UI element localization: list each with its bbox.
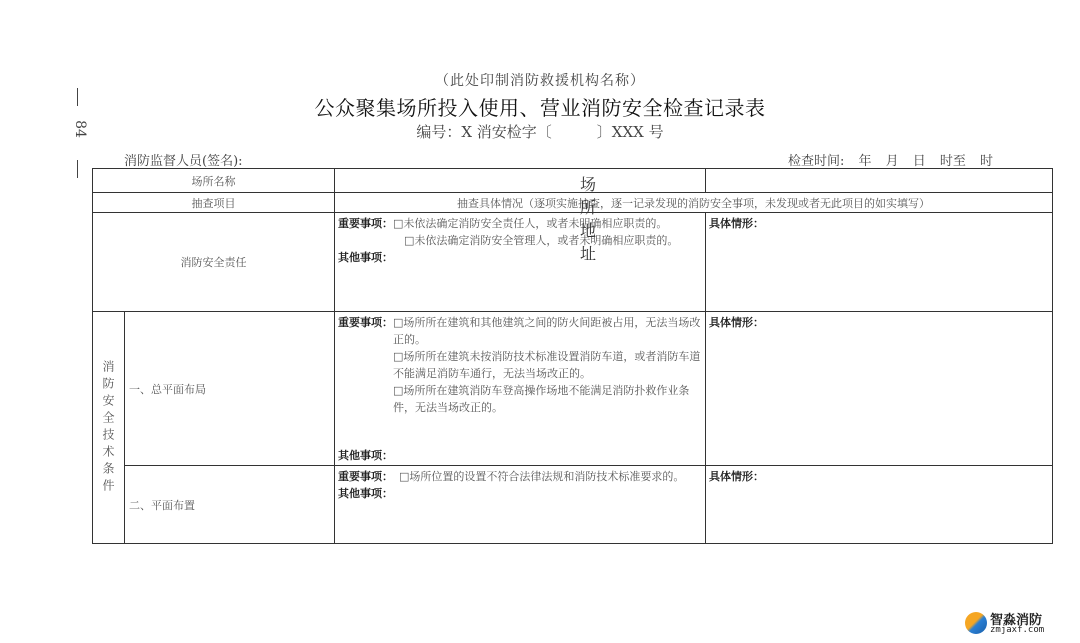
inspection-record-table: 场所名称 抽查项目 抽查具体情况（逐项实施抽查，逐一记录发现的消防安全事项，未发… [92,168,1053,544]
header-row: 抽查项目 抽查具体情况（逐项实施抽查，逐一记录发现的消防安全事项，未发现或者无此… [93,193,1053,213]
inspection-time-label: 检查时间: 年 月 日 时至 时 [788,150,993,169]
important-item[interactable]: □场所所在建筑消防车登高操作场地不能满足消防扑救作业条件，无法当场改正的。 [393,382,702,416]
section-label: 消防安全责任 [93,213,335,312]
findings-cell[interactable]: 重要事项： □场所所在建筑和其他建筑之间的防火间距被占用，无法当场改正的。 □场… [335,312,706,466]
other-label: 其他事项： [338,447,393,464]
other-label: 其他事项： [338,485,702,502]
important-item[interactable]: □未依法确定消防安全管理人，或者未明确相应职责的。 [338,232,702,249]
venue-name-field[interactable] [335,169,706,193]
inspector-signature-label: 消防监督人员(签名): [124,150,243,169]
important-item[interactable]: □场所所在建筑未按消防技术标准设置消防车道，或者消防车道不能满足消防车通行，无法… [393,348,702,382]
subsection-floor-plan: 二、平面布置 重要事项： □场所位置的设置不符合法律法规和消防技术标准要求的。 … [93,466,1053,544]
subsection-label: 一、总平面布局 [125,312,335,466]
document-title: 公众聚集场所投入使用、营业消防安全检查记录表 [0,92,1080,121]
section-responsibility: 消防安全责任 重要事项：□未依法确定消防安全责任人，或者未明确相应职责的。 □未… [93,213,1053,312]
specific-situation-cell[interactable]: 具体情形： [706,466,1053,544]
important-item[interactable]: □场所所在建筑和其他建筑之间的防火间距被占用，无法当场改正的。 [393,314,702,348]
watermark-logo: 智淼消防 zmjaxf.com [965,609,1075,639]
venue-name-label: 场所名称 [93,169,335,193]
inspection-item-header: 抽查项目 [93,193,335,213]
margin-rule-bottom [77,160,78,178]
specific-label: 具体情形： [709,316,764,329]
venue-address-cell [706,169,1053,193]
subsection-general-layout: 消防安全技术条件 一、总平面布局 重要事项： □场所所在建筑和其他建筑之间的防火… [93,312,1053,466]
important-label: 重要事项： [338,217,393,230]
important-item[interactable]: □场所位置的设置不符合法律法规和消防技术标准要求的。 [399,468,684,485]
specific-situation-cell[interactable]: 具体情形： [706,213,1053,312]
specific-label: 具体情形： [709,217,764,230]
group-label: 消防安全技术条件 [100,360,117,496]
important-label: 重要事项： [338,314,393,416]
group-label-cell: 消防安全技术条件 [93,312,125,544]
subsection-label: 二、平面布置 [125,466,335,544]
important-label: 重要事项： [338,468,399,485]
serial-number: 编号：X 消安检字〔 〕XXX 号 [0,121,1080,142]
findings-cell[interactable]: 重要事项： □场所位置的设置不符合法律法规和消防技术标准要求的。 其他事项： [335,466,706,544]
findings-cell[interactable]: 重要事项：□未依法确定消防安全责任人，或者未明确相应职责的。 □未依法确定消防安… [335,213,706,312]
brand-logo-icon [965,612,987,634]
important-item[interactable]: □未依法确定消防安全责任人，或者未明确相应职责的。 [393,217,667,230]
other-label: 其他事项： [338,249,702,266]
venue-row: 场所名称 [93,169,1053,193]
brand-url: zmjaxf.com [990,625,1044,635]
inspection-detail-header: 抽查具体情况（逐项实施抽查，逐一记录发现的消防安全事项，未发现或者无此项目的如实… [335,193,1053,213]
specific-label: 具体情形： [709,470,764,483]
agency-name-placeholder: （此处印制消防救援机构名称） [0,70,1080,90]
specific-situation-cell[interactable]: 具体情形： [706,312,1053,466]
